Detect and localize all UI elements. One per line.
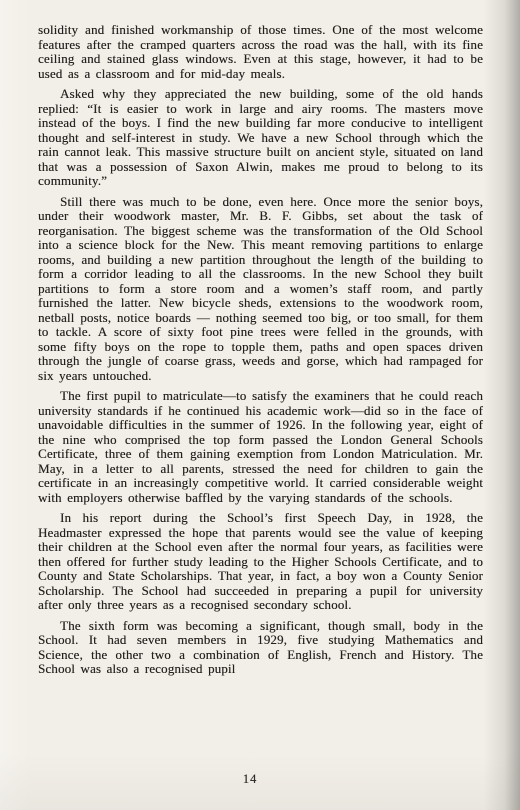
page-number: 14: [0, 772, 500, 787]
body-paragraph: solidity and finished workmanship of tho…: [38, 23, 483, 81]
body-paragraph: Still there was much to be done, even he…: [38, 195, 483, 384]
text-column: solidity and finished workmanship of tho…: [38, 23, 483, 683]
body-paragraph: The first pupil to matriculate—to satisf…: [38, 389, 483, 505]
body-paragraph: The sixth form was becoming a significan…: [38, 619, 483, 677]
book-page: solidity and finished workmanship of tho…: [0, 0, 520, 810]
body-paragraph: Asked why they appreciated the new build…: [38, 87, 483, 189]
body-paragraph: In his report during the School’s first …: [38, 511, 483, 613]
